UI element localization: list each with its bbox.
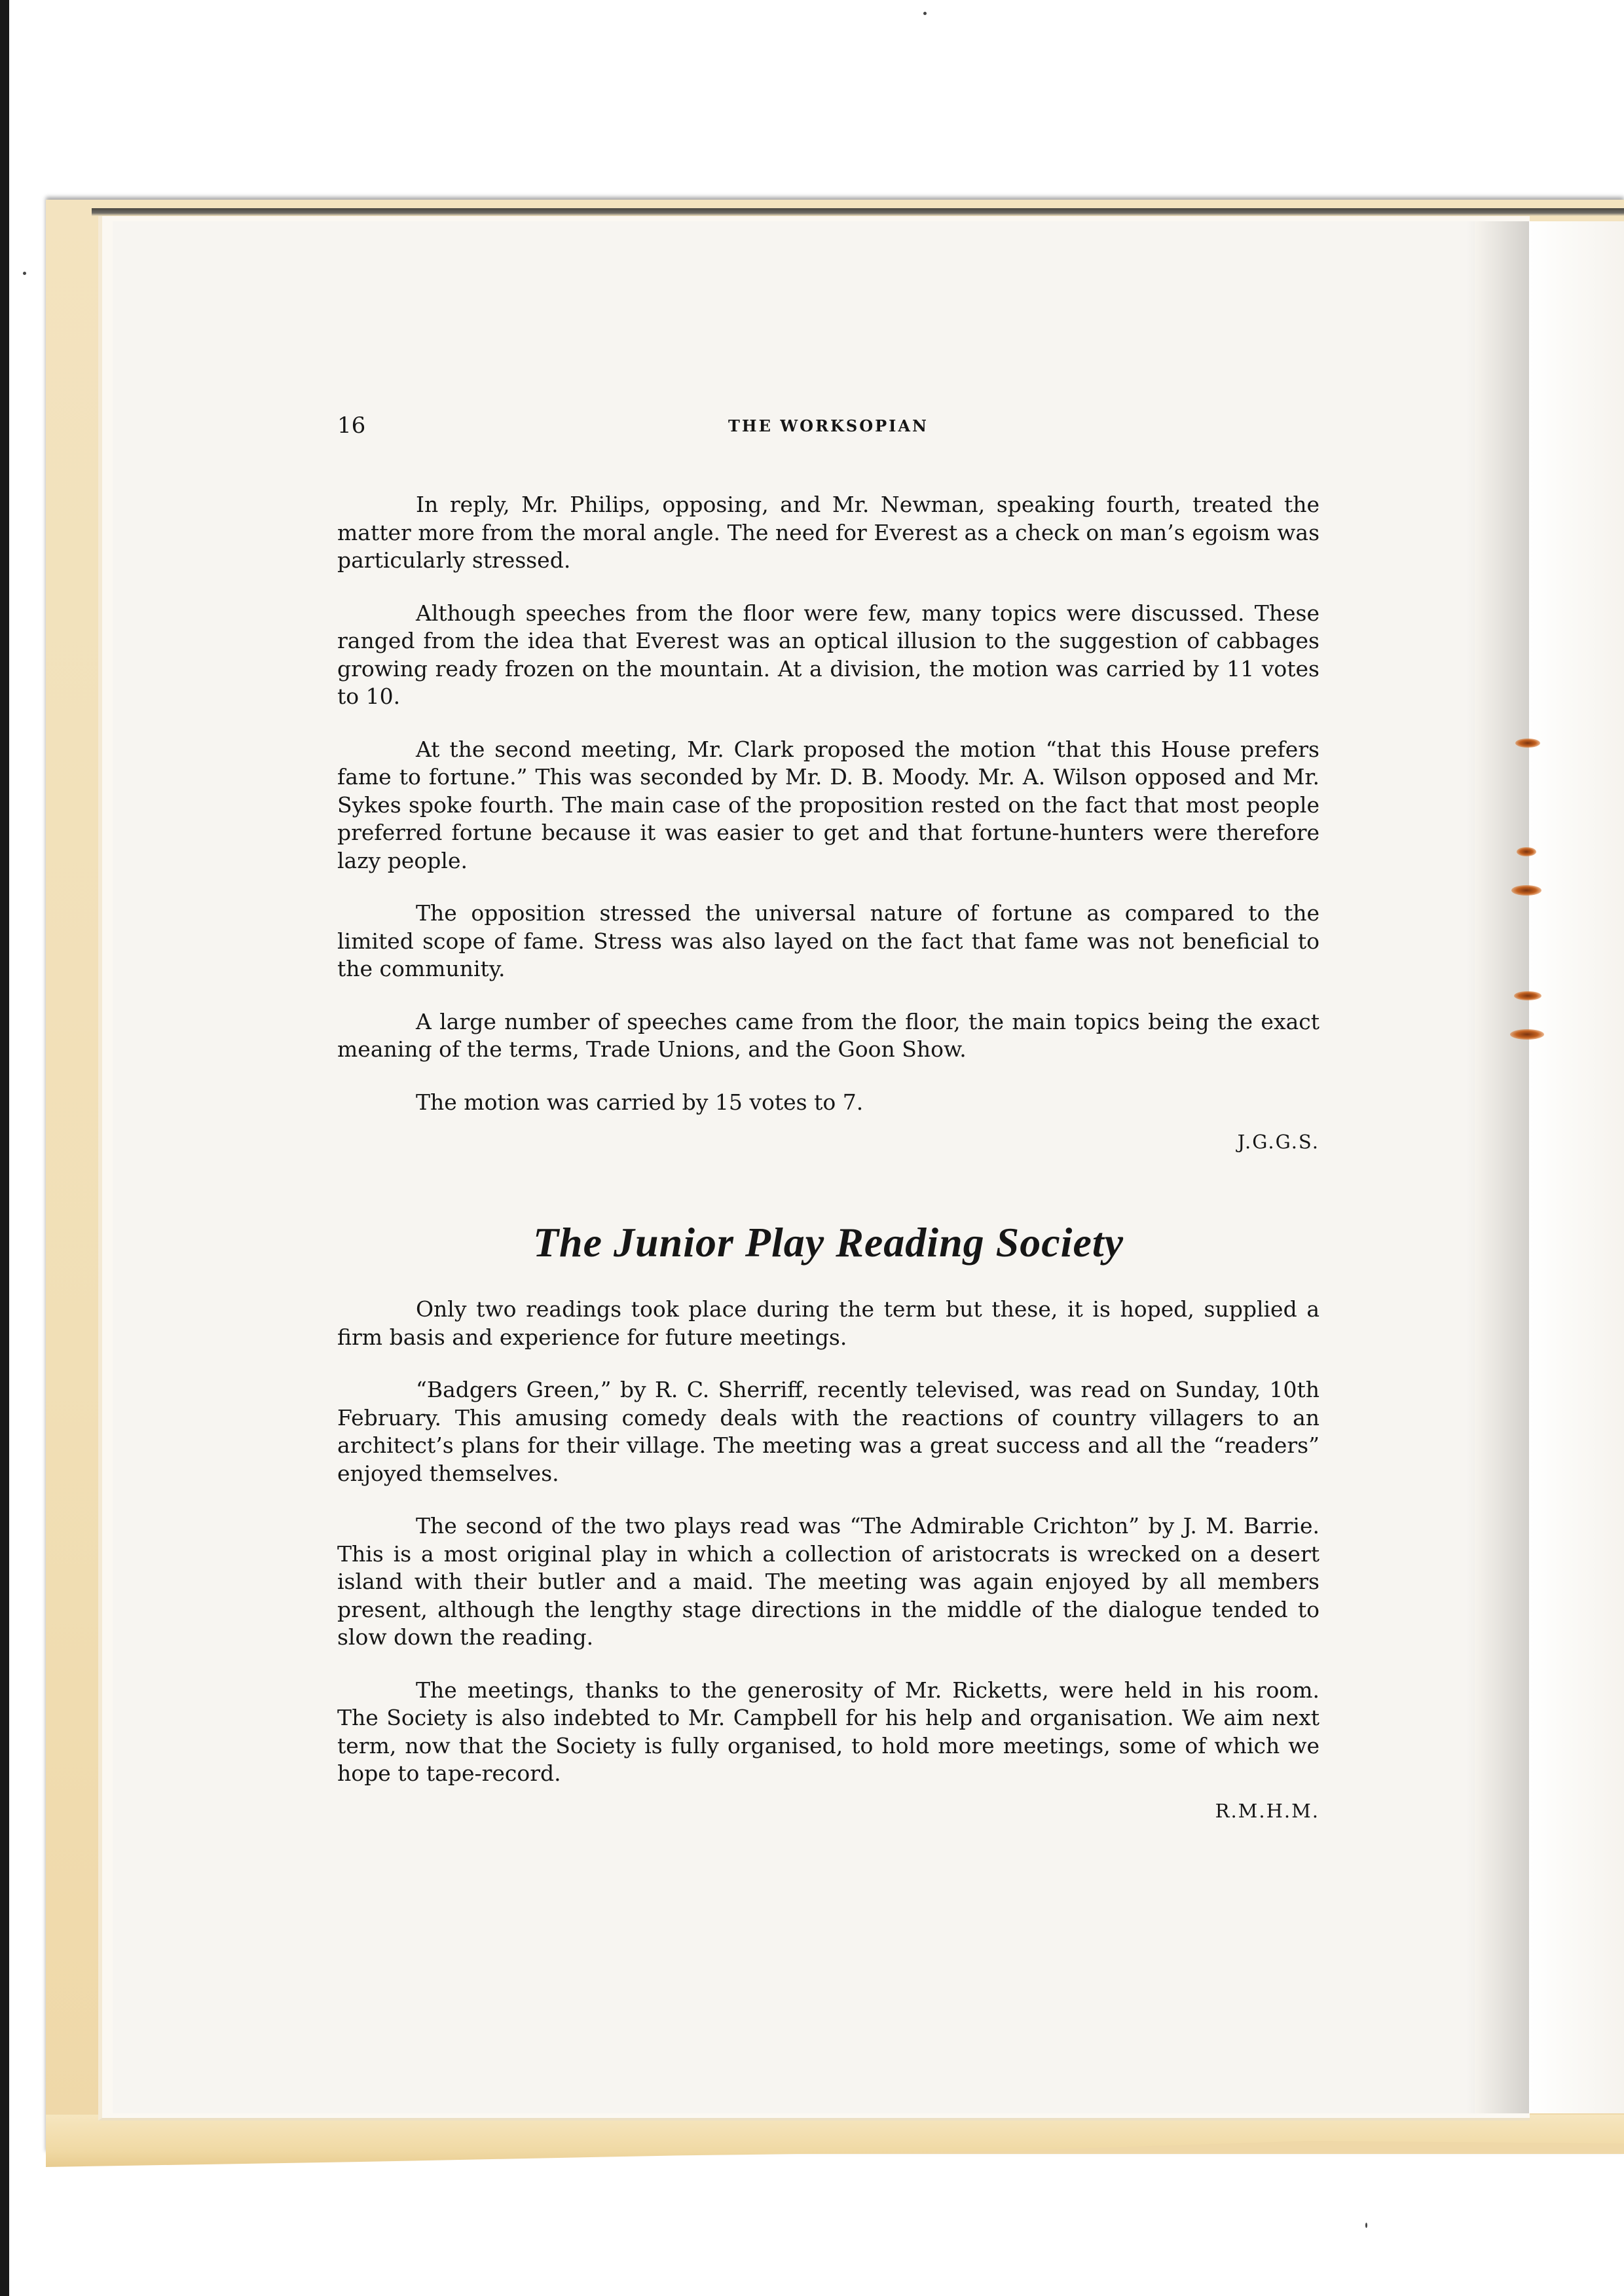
paragraph: In reply, Mr. Philips, opposing, and Mr.… xyxy=(337,491,1319,575)
dust-speck xyxy=(1365,2223,1367,2228)
paragraph: At the second meeting, Mr. Clark propose… xyxy=(337,736,1319,875)
cover-bottom-edge xyxy=(46,2115,1624,2167)
section-title: The Junior Play Reading Society xyxy=(337,1218,1319,1267)
running-head: 16 THE WORKSOPIAN xyxy=(337,412,1319,445)
text-column: 16 THE WORKSOPIAN In reply, Mr. Philips,… xyxy=(337,412,1319,1822)
paragraph: A large number of speeches came from the… xyxy=(337,1008,1319,1064)
junior-play-reading-section: The Junior Play Reading Society Only two… xyxy=(337,1218,1319,1822)
staple-rust-spot xyxy=(1510,1029,1544,1040)
paragraph: The opposition stressed the universal na… xyxy=(337,900,1319,983)
dust-speck xyxy=(923,12,927,15)
paragraph: The second of the two plays read was “Th… xyxy=(337,1512,1319,1652)
author-initials: J.G.G.S. xyxy=(337,1131,1319,1153)
paragraph: Only two readings took place during the … xyxy=(337,1296,1319,1351)
gutter-shadow xyxy=(1467,221,1529,2113)
paragraph: The motion was carried by 15 votes to 7. xyxy=(337,1089,1319,1117)
staple-rust-spot xyxy=(1514,991,1541,1000)
paragraph: The meetings, thanks to the generosity o… xyxy=(337,1677,1319,1788)
paragraph: “Badgers Green,” by R. C. Sherriff, rece… xyxy=(337,1376,1319,1487)
scanner-edge xyxy=(0,0,9,2296)
debating-report: In reply, Mr. Philips, opposing, and Mr.… xyxy=(337,491,1319,1153)
dust-speck xyxy=(23,272,26,275)
staple-rust-spot xyxy=(1517,847,1536,856)
facing-page-edge xyxy=(1529,221,1624,2113)
cover-top-edge xyxy=(92,208,1624,216)
paragraph: Although speeches from the floor were fe… xyxy=(337,600,1319,711)
journal-title: THE WORKSOPIAN xyxy=(337,416,1319,435)
staple-rust-spot xyxy=(1511,885,1541,896)
author-initials: R.M.H.M. xyxy=(337,1800,1319,1822)
staple-rust-spot xyxy=(1515,738,1540,748)
